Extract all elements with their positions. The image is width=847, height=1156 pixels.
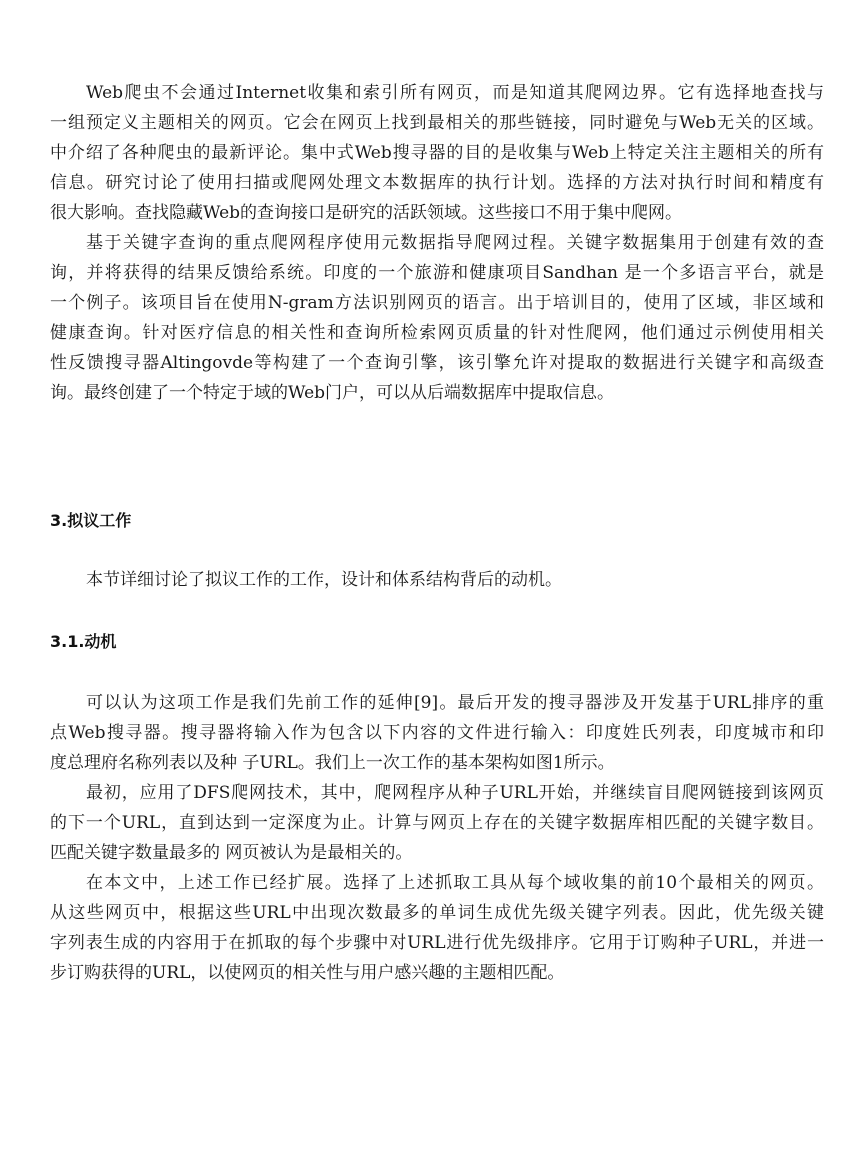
text-line: 询，并将获得的结果反馈给系统。印度的一个旅游和健康项目Sandhan 是一个多语… — [50, 258, 824, 288]
text-line: Web爬虫不会通过Internet收集和索引所有网页，而是知道其爬网边界。它有选… — [86, 78, 824, 108]
text-line: 可以认为这项工作是我们先前工作的延伸[9]。最后开发的搜寻器涉及开发基于URL排… — [86, 688, 824, 718]
text-line: 一组预定义主题相关的网页。它会在网页上找到最相关的那些链接，同时避免与Web无关… — [50, 108, 824, 138]
text-line: 一个例子。该项目旨在使用N-gram方法识别网页的语言。出于培训目的，使用了区域… — [50, 288, 824, 318]
text-line: 很大影响。查找隐藏Web的查询接口是研究的活跃领域。这些接口不用于集中爬网。 — [50, 198, 824, 228]
text-line: 性反馈搜寻器Altingovde等构建了一个查询引擎，该引擎允许对提取的数据进行… — [50, 348, 824, 378]
text-line: 健康查询。针对医疗信息的相关性和查询所检索网页质量的针对性爬网，他们通过示例使用… — [50, 318, 824, 348]
text-line: 询。最终创建了一个特定于域的Web门户，可以从后端数据库中提取信息。 — [50, 378, 824, 408]
text-line: 基于关键字查询的重点爬网程序使用元数据指导爬网过程。关键字数据集用于创建有效的查 — [86, 228, 824, 258]
section-3-intro: 本节详细讨论了拟议工作的工作，设计和体系结构背后的动机。 — [86, 565, 824, 595]
section-heading-3: 3.拟议工作 — [50, 506, 131, 536]
text-line: 匹配关键字数量最多的 网页被认为是最相关的。 — [50, 838, 824, 868]
document-page: Web爬虫不会通过Internet收集和索引所有网页，而是知道其爬网边界。它有选… — [0, 0, 847, 1156]
text-line: 从这些网页中，根据这些URL中出现次数最多的单词生成优先级关键字列表。因此，优先… — [50, 898, 824, 928]
text-line: 字列表生成的内容用于在抓取的每个步骤中对URL进行优先级排序。它用于订购种子UR… — [50, 928, 824, 958]
text-line: 在本文中，上述工作已经扩展。选择了上述抓取工具从每个域收集的前10个最相关的网页… — [86, 868, 824, 898]
text-line: 度总理府名称列表以及种 子URL。我们上一次工作的基本架构如图1所示。 — [50, 748, 824, 778]
text-line: 的下一个URL，直到达到一定深度为止。计算与网页上存在的关键字数据库相匹配的关键… — [50, 808, 824, 838]
text-line: 信息。研究讨论了使用扫描或爬网处理文本数据库的执行计划。选择的方法对执行时间和精… — [50, 168, 824, 198]
text-line: 中介绍了各种爬虫的最新评论。集中式Web搜寻器的目的是收集与Web上特定关注主题… — [50, 138, 824, 168]
text-line: 步订购获得的URL，以使网页的相关性与用户感兴趣的主题相匹配。 — [50, 958, 824, 988]
section-heading-3-1: 3.1.动机 — [50, 627, 116, 657]
text-line: 最初，应用了DFS爬网技术，其中，爬网程序从种子URL开始，并继续盲目爬网链接到… — [86, 778, 824, 808]
text-line: 点Web搜寻器。搜寻器将输入作为包含以下内容的文件进行输入：印度姓氏列表，印度城… — [50, 718, 824, 748]
